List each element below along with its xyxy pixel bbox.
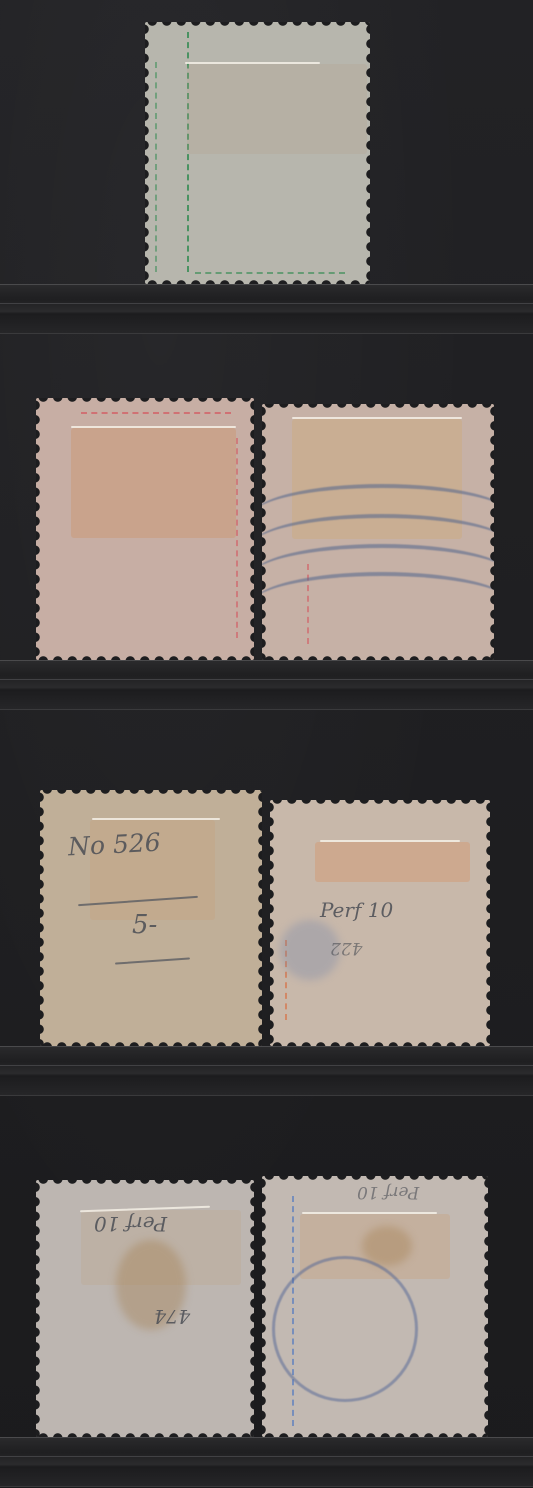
stock-card-strip [0,1437,533,1487]
pencil-underline [115,957,190,964]
stamp-back-blue-cancelled: Perf 10 [262,1176,488,1437]
hinge-edge [292,417,462,419]
design-showthrough [155,62,157,272]
circular-datestamp [272,1256,418,1402]
hinge-remnant [315,842,470,882]
hinge-remnant [187,64,367,154]
stamp-back-annotated-no526: No 526 5- [40,790,262,1046]
hinge-edge [302,1212,437,1214]
hinge-remnant [71,428,236,538]
pencil-notation: 5- [132,910,157,940]
pencil-notation: 474 [154,1305,190,1327]
hinge-edge [92,818,220,820]
stamp-back-annotated-474: Perf 10 474 [36,1180,254,1437]
stock-card: No 526 5- Perf 10 422 Perf 10 474 Perf 1… [0,0,533,1488]
design-showthrough [81,412,231,414]
stamp-back-red [36,398,254,660]
design-showthrough [195,272,345,274]
stamp-back-red-cancelled [262,404,494,660]
stock-card-strip [0,284,533,334]
hinge-edge [71,426,236,428]
stock-card-strip [0,660,533,710]
pencil-notation: 422 [330,938,362,958]
pencil-notation: Perf 10 [320,898,393,922]
stamp-back-green [145,22,370,284]
pencil-notation: Perf 10 [94,1212,167,1236]
stamp-back-annotated-perf10: Perf 10 422 [270,800,490,1046]
hinge-edge [320,840,460,842]
hinge-edge [185,62,320,64]
stock-card-strip [0,1046,533,1096]
pencil-notation: No 526 [67,828,161,862]
design-showthrough [236,438,238,638]
pencil-notation: Perf 10 [357,1182,419,1202]
wavy-line-cancel [262,572,494,636]
